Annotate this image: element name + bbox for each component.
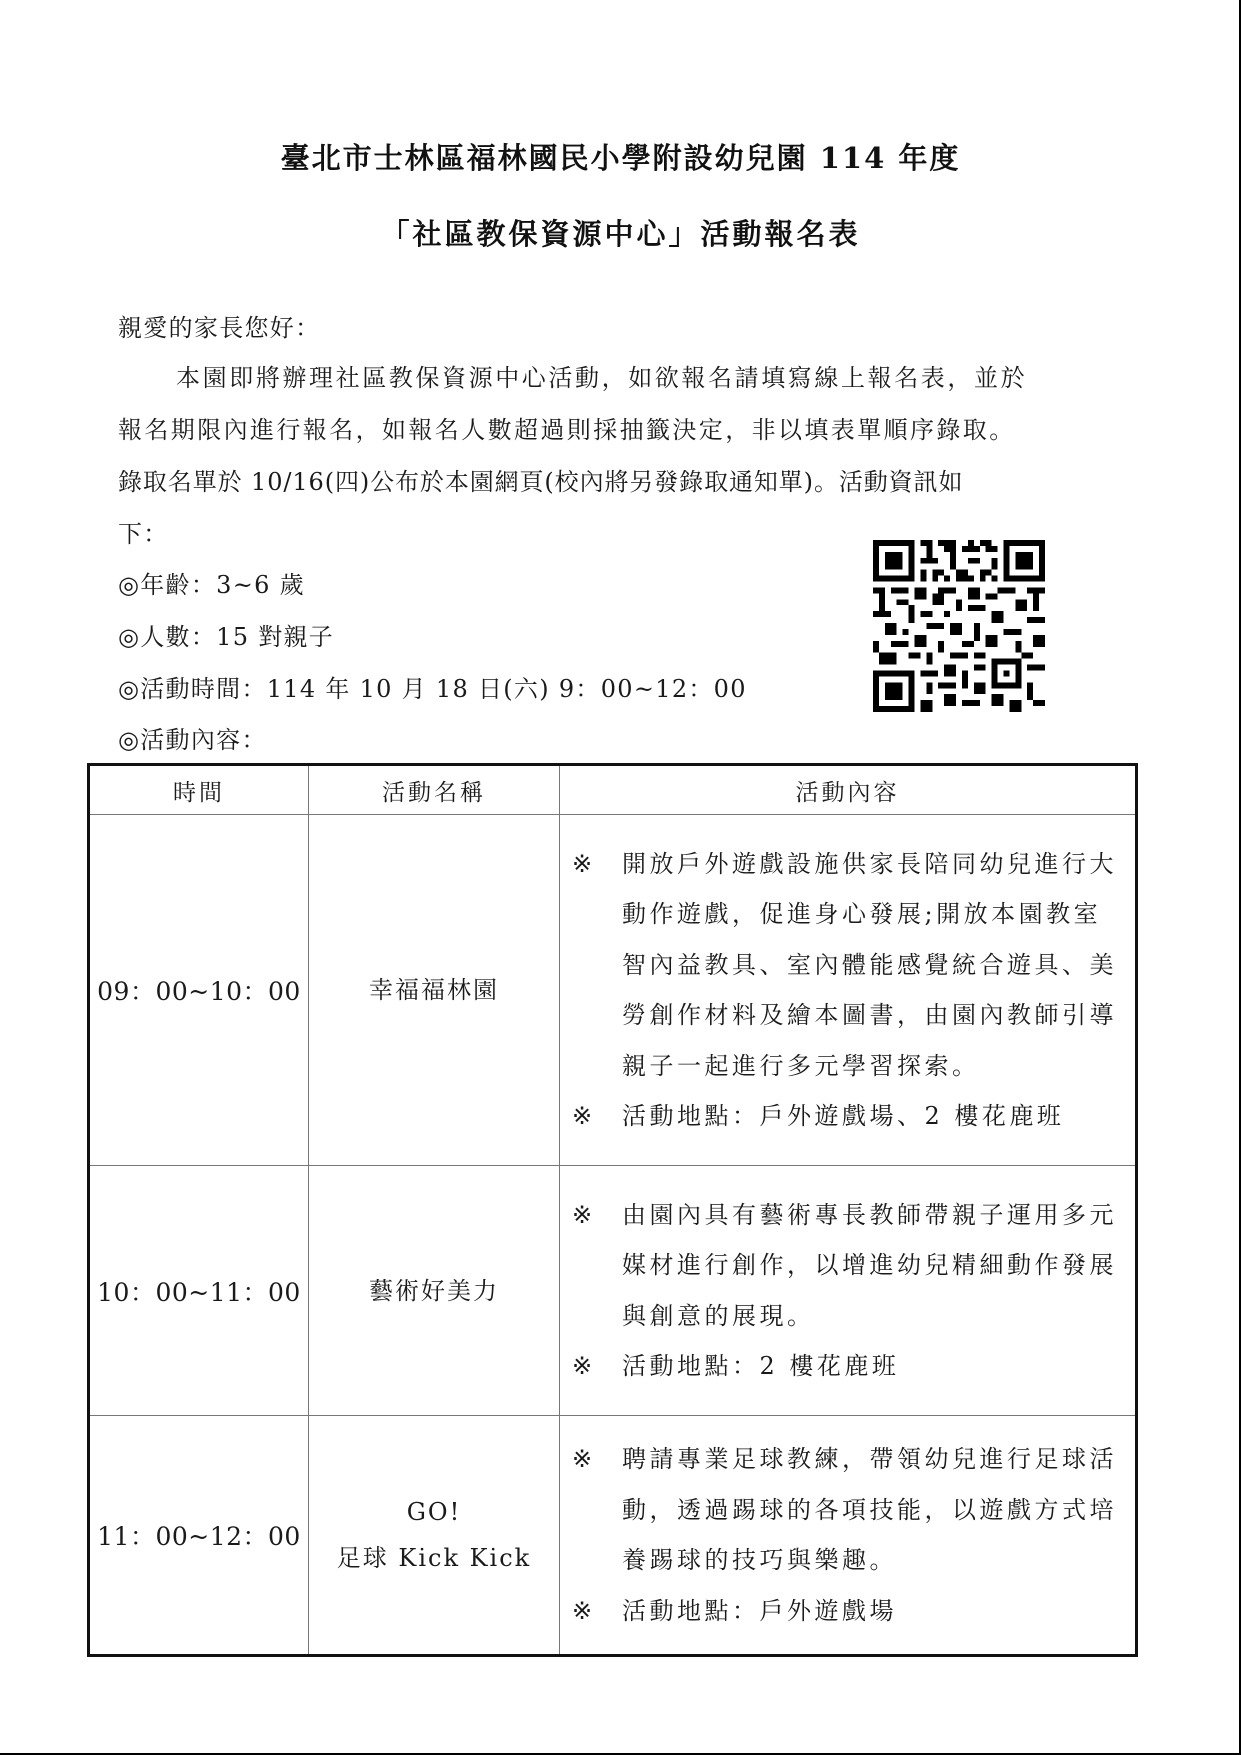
content-bullet: ※ 由園內具有藝術專長教師帶親子運用多元媒材進行創作，以增進幼兒精細動作發展與創… — [572, 1190, 1125, 1342]
activity-name: 藝術好美力 — [309, 1268, 559, 1314]
activity-description: 開放戶外遊戲設施供家長陪同幼兒進行大動作遊戲，促進身心發展;開放本園教室智內益教… — [622, 839, 1125, 1092]
info-age: ◎年齡：3~6 歲 — [118, 559, 305, 611]
activity-name: GO! — [309, 1489, 559, 1535]
info-activity-time: ◎活動時間：114 年 10 月 18 日(六) 9：00~12：00 — [118, 663, 747, 715]
header-activity-name: 活動名稱 — [309, 765, 560, 815]
time-cell: 09：00~10：00 — [89, 815, 309, 1166]
reference-mark-icon: ※ — [572, 1434, 622, 1485]
document-subtitle: 「社區教保資源中心」活動報名表 — [0, 212, 1241, 253]
content-bullet: ※ 開放戶外遊戲設施供家長陪同幼兒進行大動作遊戲，促進身心發展;開放本園教室智內… — [572, 839, 1125, 1092]
time-cell: 10：00~11：00 — [89, 1166, 309, 1416]
schedule-table: 時間 活動名稱 活動內容 09：00~10：00 幸福福林園 ※ 開放戶外遊戲設… — [87, 763, 1138, 1657]
content-bullet: ※ 聘請專業足球教練，帶領幼兒進行足球活動，透過踢球的各項技能，以遊戲方式培養踢… — [572, 1434, 1125, 1586]
table-row: 09：00~10：00 幸福福林園 ※ 開放戶外遊戲設施供家長陪同幼兒進行大動作… — [89, 815, 1137, 1166]
header-time: 時間 — [89, 765, 309, 815]
body-text-line: 報名期限內進行報名，如報名人數超過則採抽籤決定，非以填表單順序錄取。 — [118, 404, 1016, 456]
activity-name-cell: GO! 足球 Kick Kick — [309, 1416, 560, 1656]
greeting: 親愛的家長您好： — [118, 302, 320, 354]
activity-content-cell: ※ 開放戶外遊戲設施供家長陪同幼兒進行大動作遊戲，促進身心發展;開放本園教室智內… — [560, 815, 1137, 1166]
body-text-line: 錄取名單於 10/16(四)公布於本園網頁(校內將另發錄取通知單)。活動資訊如 — [118, 456, 963, 508]
activity-description: 聘請專業足球教練，帶領幼兒進行足球活動，透過踢球的各項技能，以遊戲方式培養踢球的… — [622, 1434, 1125, 1586]
body-text-line: 本園即將辦理社區教保資源中心活動，如欲報名請填寫線上報名表，並於 — [176, 352, 1027, 404]
time-cell: 11：00~12：00 — [89, 1416, 309, 1656]
info-capacity: ◎人數：15 對親子 — [118, 611, 334, 663]
document-title: 臺北市士林區福林國民小學附設幼兒園 114 年度 — [0, 136, 1241, 177]
location-bullet: ※ 活動地點：2 樓花鹿班 — [572, 1341, 1125, 1392]
activity-location: 活動地點：戶外遊戲場、2 樓花鹿班 — [622, 1091, 1125, 1142]
activity-location: 活動地點：戶外遊戲場 — [622, 1586, 1125, 1637]
body-text-line: 下： — [118, 508, 169, 560]
location-bullet: ※ 活動地點：戶外遊戲場、2 樓花鹿班 — [572, 1091, 1125, 1142]
activity-content-cell: ※ 由園內具有藝術專長教師帶親子運用多元媒材進行創作，以增進幼兒精細動作發展與創… — [560, 1166, 1137, 1416]
activity-content-cell: ※ 聘請專業足球教練，帶領幼兒進行足球活動，透過踢球的各項技能，以遊戲方式培養踢… — [560, 1416, 1137, 1656]
location-bullet: ※ 活動地點：戶外遊戲場 — [572, 1586, 1125, 1637]
header-activity-content: 活動內容 — [560, 765, 1137, 815]
info-activity-content-label: ◎活動內容： — [118, 714, 267, 766]
reference-mark-icon: ※ — [572, 1586, 622, 1637]
table-row: 11：00~12：00 GO! 足球 Kick Kick ※ 聘請專業足球教練，… — [89, 1416, 1137, 1656]
table-header-row: 時間 活動名稱 活動內容 — [89, 765, 1137, 815]
table-row: 10：00~11：00 藝術好美力 ※ 由園內具有藝術專長教師帶親子運用多元媒材… — [89, 1166, 1137, 1416]
reference-mark-icon: ※ — [572, 839, 622, 890]
qr-code-icon[interactable] — [873, 540, 1045, 712]
activity-name-cell: 幸福福林園 — [309, 815, 560, 1166]
reference-mark-icon: ※ — [572, 1341, 622, 1392]
activity-name-cell: 藝術好美力 — [309, 1166, 560, 1416]
reference-mark-icon: ※ — [572, 1091, 622, 1142]
activity-description: 由園內具有藝術專長教師帶親子運用多元媒材進行創作，以增進幼兒精細動作發展與創意的… — [622, 1190, 1125, 1342]
activity-location: 活動地點：2 樓花鹿班 — [622, 1341, 1125, 1392]
activity-name-line2: 足球 Kick Kick — [309, 1535, 559, 1581]
activity-name: 幸福福林園 — [309, 967, 559, 1013]
reference-mark-icon: ※ — [572, 1190, 622, 1241]
